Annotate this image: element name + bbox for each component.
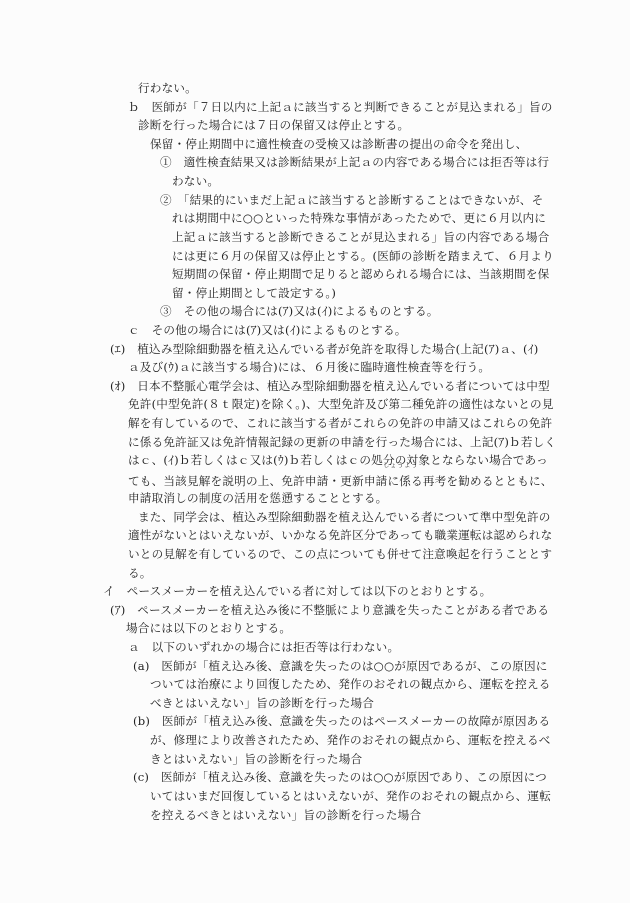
text-line: には更に６月の保留又は停止とする。(医師の診断を踏まえて、６月より xyxy=(172,249,554,263)
text-line: に係る免許証又は免許情報記録の更新の申請を行った場合には、上記(ｱ)ｂ若しく xyxy=(128,435,556,449)
text-line: (c) 医師が「植え込み後、意識を失ったのは○○が原因であり、この原因につ xyxy=(133,770,547,784)
document-page: 行わない。ｂ 医師が「７日以内に上記ａに該当すると判断できることが見込まれる」旨… xyxy=(0,0,630,903)
text-line: きとはいえない」旨の診断を行った場合 xyxy=(150,752,362,766)
text-line: イ ペースメーカーを植え込んでいる者に対しては以下のとおりとする。 xyxy=(103,584,491,598)
text-line: ａ及び(ｳ)ａに該当する場合)には、６月後に臨時適性検査等を行う。 xyxy=(128,360,490,374)
text-line: わない。 xyxy=(172,174,219,188)
text-line: (b) 医師が「植え込み後、意識を失ったのはペースメーカーの故障が原因ある xyxy=(133,714,550,728)
text-line: ① 適性検査結果又は診断結果が上記ａの内容である場合には拒否等は行 xyxy=(160,155,549,169)
text-line: ａ 以下のいずれかの場合には拒否等は行わない。 xyxy=(128,640,399,654)
text-line: 短期間の保留・停止期間で足りると認められる場合には、当該期間を保 xyxy=(172,267,549,281)
text-line: いとの見解を有しているので、この点についても併せて注意喚起を行うこととす xyxy=(128,547,552,561)
text-line: はｃ、(ｲ)ｂ若しくはｃ又は(ｳ)ｂ若しくはｃの処分の対象とならない場合であっ xyxy=(128,453,548,467)
text-line: (ｴ) 植込み型除細動器を植え込んでいる者が免許を取得した場合(上記(ｱ)ａ、(… xyxy=(110,342,538,356)
text-line: いてはいまだ回復しているとはいえないが、発作のおそれの観点から、運転 xyxy=(150,789,551,803)
text-line: ｃ その他の場合には(ｱ)又は(ｲ)によるものとする。 xyxy=(128,323,407,337)
text-line: 上記ａに該当すると診断できることが見込まれる」旨の内容である場合 xyxy=(172,230,549,244)
text-line: ｂ 医師が「７日以内に上記ａに該当すると判断できることが見込まれる」旨の xyxy=(128,100,553,114)
text-line: 解を有しているので、これに該当する者がこれらの免許の申請又はこれらの免許 xyxy=(128,416,552,430)
text-line: (a) 医師が「植え込み後、意識を失ったのは○○が原因であるが、この原因に xyxy=(133,659,548,673)
text-line: 行わない。 xyxy=(138,81,197,95)
text-line: 保留・停止期間中に適性検査の受検又は診断書の提出の命令を発出し、 xyxy=(150,137,527,151)
text-line: れは期間中に○○といった特殊な事情があったためで、更に６月以内に xyxy=(172,211,546,225)
text-line: ② 「結果的にいまだ上記ａに該当すると診断することはできないが、そ xyxy=(160,193,543,207)
text-line: を控えるべきとはいえない」旨の診断を行った場合 xyxy=(150,808,421,822)
text-line: 適性がないとはいえないが、いかなる免許区分であっても職業運転は認められな xyxy=(128,528,552,542)
text-line: 申請取消しの制度の活用を慫慂することとする。 xyxy=(128,491,387,505)
text-line: が、修理により改善されたため、発作のおそれの観点から、運転を控えるべ xyxy=(150,733,551,747)
text-line: ③ その他の場合には(ｱ)又は(ｲ)によるものとする。 xyxy=(160,304,439,318)
text-line: また、同学会は、植込み型除細動器を植え込んでいる者について準中型免許の xyxy=(138,510,551,524)
text-line: 免許(中型免許(８ｔ限定)を除く。)、大型免許及び第二種免許の適性はないとの見 xyxy=(128,397,554,411)
text-line: 場合には以下のとおりとする。 xyxy=(126,621,291,635)
text-line: (ｱ) ペースメーカーを植え込み後に不整脈により意識を失ったことがある者である xyxy=(110,603,549,617)
text-line: ついては治療により回復したため、発作のおそれの観点から、運転を控える xyxy=(150,677,551,691)
text-line: る。 xyxy=(128,566,152,580)
text-line: (ｵ) 日本不整脈心電学会は、植込み型除細動器を植え込んでいる者については中型 xyxy=(110,379,550,393)
text-line: 留・停止期間として設定する。) xyxy=(172,286,336,300)
text-line: べきとはいえない」旨の診断を行った場合 xyxy=(150,696,374,710)
text-line: 診断を行った場合には７日の保留又は停止とする。 xyxy=(138,118,409,132)
text-line: ても、当該見解を説明の上、免許申請・更新申請に係る再考を勧めるとともに、 xyxy=(128,474,553,488)
ruby-annotation: しょうよう xyxy=(383,462,418,469)
